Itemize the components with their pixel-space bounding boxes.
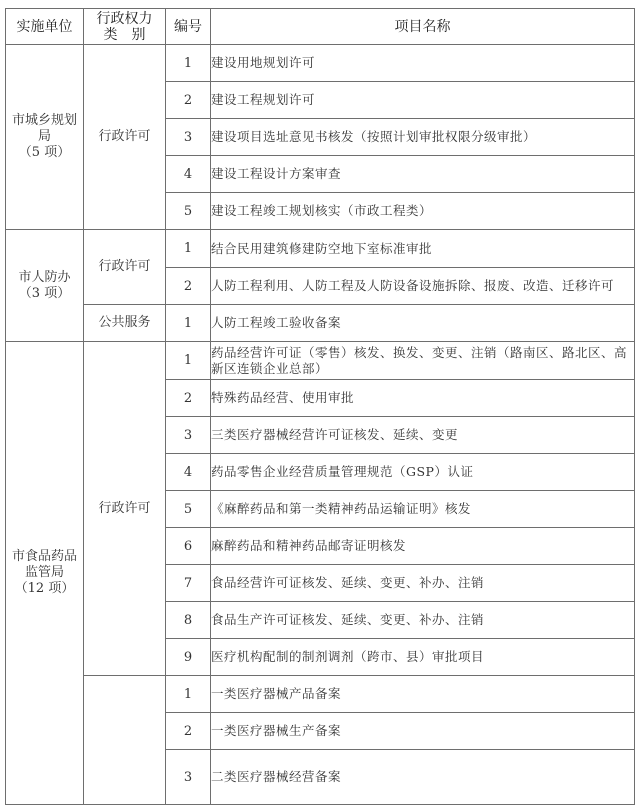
- item-name: 一类医疗器械生产备案: [211, 713, 635, 750]
- item-name: 食品生产许可证核发、延续、变更、补办、注销: [211, 602, 635, 639]
- item-name: 麻醉药品和精神药品邮寄证明核发: [211, 528, 635, 565]
- item-number: 5: [166, 193, 211, 230]
- item-number: 4: [166, 454, 211, 491]
- item-number: 2: [166, 713, 211, 750]
- item-name: 特殊药品经营、使用审批: [211, 380, 635, 417]
- table-row: 1 一类医疗器械产品备案: [6, 676, 635, 713]
- table-row: 市食品药品 监管局 （12 项） 行政许可 1 药品经营许可证（零售）核发、换发…: [6, 342, 635, 380]
- item-name: 三类医疗器械经营许可证核发、延续、变更: [211, 417, 635, 454]
- item-number: 9: [166, 639, 211, 676]
- item-number: 3: [166, 750, 211, 805]
- category-cell: 公共服务: [84, 305, 166, 342]
- unit-cell: 市食品药品 监管局 （12 项）: [6, 342, 84, 805]
- item-number: 3: [166, 119, 211, 156]
- item-name: 药品经营许可证（零售）核发、换发、变更、注销（路南区、路北区、高新区连锁企业总部…: [211, 342, 635, 380]
- item-number: 8: [166, 602, 211, 639]
- header-item-name: 项目名称: [211, 9, 635, 45]
- category-cell: 行政许可: [84, 45, 166, 230]
- table-row: 公共服务 1 人防工程竣工验收备案: [6, 305, 635, 342]
- item-name: 建设项目选址意见书核发（按照计划审批权限分级审批）: [211, 119, 635, 156]
- item-number: 4: [166, 156, 211, 193]
- unit-cell: 市城乡规划 局 （5 项）: [6, 45, 84, 230]
- item-name: 二类医疗器械经营备案: [211, 750, 635, 805]
- item-number: 5: [166, 491, 211, 528]
- header-category: 行政权力 类 别: [84, 9, 166, 45]
- table-row: 市城乡规划 局 （5 项） 行政许可 1 建设用地规划许可: [6, 45, 635, 82]
- item-number: 2: [166, 268, 211, 305]
- item-name: 建设工程竣工规划核实（市政工程类）: [211, 193, 635, 230]
- item-number: 2: [166, 380, 211, 417]
- item-number: 3: [166, 417, 211, 454]
- item-name: 建设工程设计方案审查: [211, 156, 635, 193]
- administrative-power-table: 实施单位 行政权力 类 别 编号 项目名称 市城乡规划 局 （5 项） 行政许可…: [5, 8, 635, 805]
- header-row: 实施单位 行政权力 类 别 编号 项目名称: [6, 9, 635, 45]
- item-number: 1: [166, 305, 211, 342]
- item-name: 人防工程利用、人防工程及人防设备设施拆除、报废、改造、迁移许可: [211, 268, 635, 305]
- item-number: 7: [166, 565, 211, 602]
- item-name: 医疗机构配制的制剂调剂（跨市、县）审批项目: [211, 639, 635, 676]
- item-name: 食品经营许可证核发、延续、变更、补办、注销: [211, 565, 635, 602]
- category-cell: 行政许可: [84, 230, 166, 305]
- category-cell: 行政许可: [84, 342, 166, 676]
- item-name: 一类医疗器械产品备案: [211, 676, 635, 713]
- item-number: 2: [166, 82, 211, 119]
- unit-cell: 市人防办 （3 项）: [6, 230, 84, 342]
- item-number: 6: [166, 528, 211, 565]
- item-name: 结合民用建筑修建防空地下室标准审批: [211, 230, 635, 268]
- item-number: 1: [166, 230, 211, 268]
- item-number: 1: [166, 45, 211, 82]
- item-name: 建设工程规划许可: [211, 82, 635, 119]
- header-number: 编号: [166, 9, 211, 45]
- table-row: 市人防办 （3 项） 行政许可 1 结合民用建筑修建防空地下室标准审批: [6, 230, 635, 268]
- item-number: 1: [166, 676, 211, 713]
- item-name: 人防工程竣工验收备案: [211, 305, 635, 342]
- item-name: 药品零售企业经营质量管理规范（GSP）认证: [211, 454, 635, 491]
- item-name: 建设用地规划许可: [211, 45, 635, 82]
- category-cell: [84, 676, 166, 805]
- item-name: 《麻醉药品和第一类精神药品运输证明》核发: [211, 491, 635, 528]
- item-number: 1: [166, 342, 211, 380]
- header-unit: 实施单位: [6, 9, 84, 45]
